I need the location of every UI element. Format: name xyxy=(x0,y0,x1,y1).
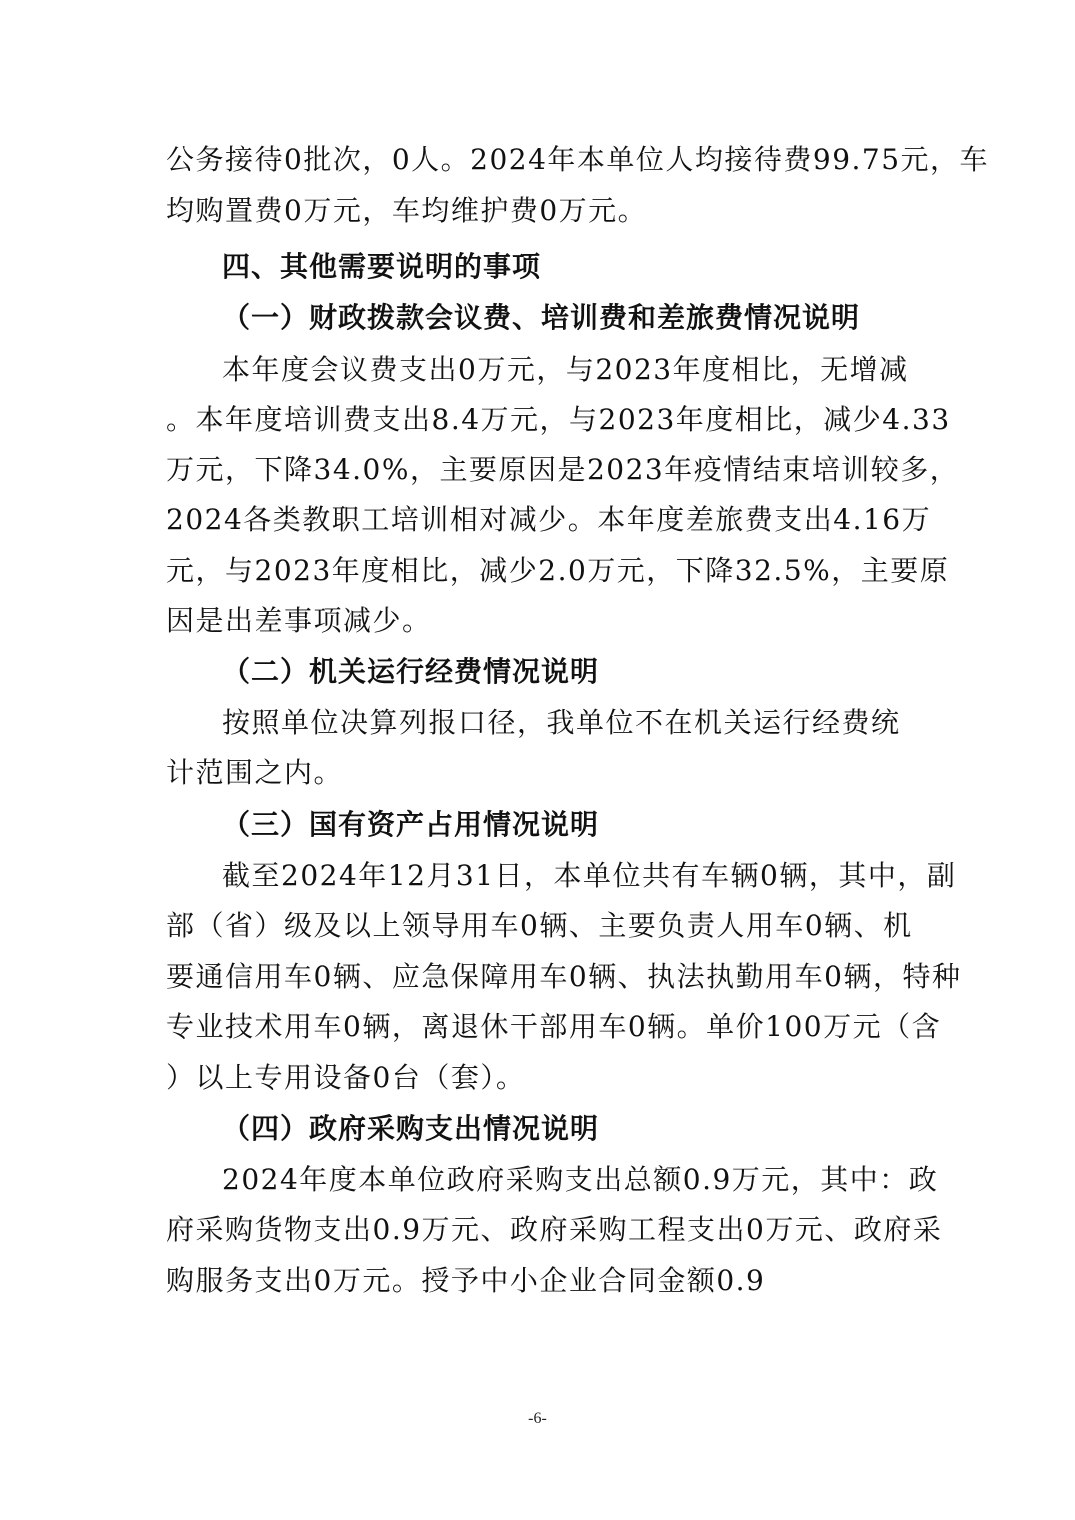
subsection-heading: （四）政府采购支出情况说明 xyxy=(222,1109,974,1149)
body-text-line: 万元，下降34.0%，主要原因是2023年疫情结束培训较多， xyxy=(166,450,918,490)
body-text-line: 因是出差事项减少。 xyxy=(166,601,918,641)
body-text-line: 截至2024年12月31日，本单位共有车辆0辆，其中，副 xyxy=(222,856,918,896)
body-text-line: 均购置费0万元，车均维护费0万元。 xyxy=(166,191,918,231)
page-number: -6- xyxy=(0,1410,1075,1428)
body-text-line: 按照单位决算列报口径，我单位不在机关运行经费统 xyxy=(222,703,918,743)
subsection-heading: （一）财政拨款会议费、培训费和差旅费情况说明 xyxy=(222,298,974,338)
body-text-line: ）以上专用设备0台（套）。 xyxy=(166,1058,918,1098)
body-text-line: 计范围之内。 xyxy=(166,753,918,793)
subsection-heading: （三）国有资产占用情况说明 xyxy=(222,805,974,845)
document-page: 公务接待0批次，0人。2024年本单位人均接待费99.75元，车 均购置费0万元… xyxy=(0,0,1075,1520)
section-heading: 四、其他需要说明的事项 xyxy=(222,247,918,287)
body-text-line: 2024各类教职工培训相对减少。本年度差旅费支出4.16万 xyxy=(166,500,918,540)
body-text-line: 2024年度本单位政府采购支出总额0.9万元，其中：政 xyxy=(222,1160,918,1200)
body-text-line: 。本年度培训费支出8.4万元，与2023年度相比，减少4.33 xyxy=(166,400,918,440)
body-text-line: 专业技术用车0辆，离退休干部用车0辆。单价100万元（含 xyxy=(166,1007,918,1047)
body-text-line: 府采购货物支出0.9万元、政府采购工程支出0万元、政府采 xyxy=(166,1210,918,1250)
body-text-line: 本年度会议费支出0万元，与2023年度相比，无增减 xyxy=(222,350,918,390)
body-text-line: 购服务支出0万元。授予中小企业合同金额0.9 xyxy=(166,1261,918,1301)
subsection-heading: （二）机关运行经费情况说明 xyxy=(222,652,974,692)
body-text-line: 要通信用车0辆、应急保障用车0辆、执法执勤用车0辆，特种 xyxy=(166,957,918,997)
body-text-line: 部（省）级及以上领导用车0辆、主要负责人用车0辆、机 xyxy=(166,906,918,946)
body-text-line: 公务接待0批次，0人。2024年本单位人均接待费99.75元，车 xyxy=(166,140,918,180)
body-text-line: 元，与2023年度相比，减少2.0万元，下降32.5%，主要原 xyxy=(166,551,918,591)
